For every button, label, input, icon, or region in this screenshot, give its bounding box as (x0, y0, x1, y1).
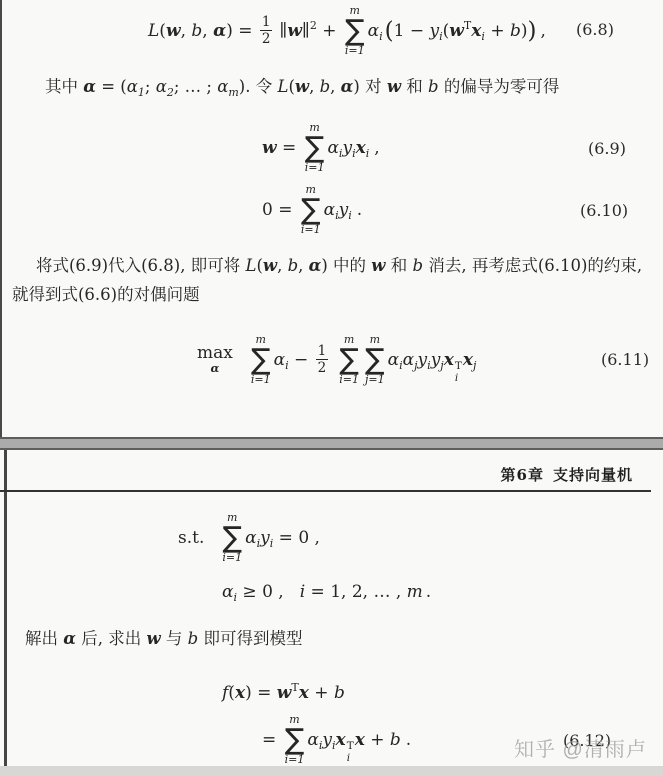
math-token-cn: 令 (256, 77, 278, 96)
math-token-sup: 2 (310, 18, 317, 31)
math-token-txt: = 1, 2, … , (305, 582, 407, 602)
math-token-bi: x (336, 729, 346, 749)
math-token-txt: ( (159, 20, 166, 40)
math-token-cn: 对 (365, 77, 387, 96)
zhihu-watermark: 知乎 @清雨卢 (514, 733, 647, 762)
math-token-cn: 的偏导为零可得 (439, 77, 560, 96)
math-token-txt: , (309, 77, 320, 96)
equation-number-6-11: (6.11) (601, 350, 649, 369)
math-token-cn: 即可得到模型 (198, 629, 302, 648)
summation-symbol: m∑i=1 (339, 334, 359, 387)
math-token-cn: 和 (386, 256, 413, 275)
equation-6-12-line-2: = m∑i=1αiyixTix + b. (262, 711, 411, 769)
math-token-cn: 和 (401, 77, 428, 96)
equation-number-6-8: (6.8) (576, 20, 614, 39)
math-token-txt: = ( (96, 77, 127, 96)
equation-6-9-content: w = m∑i=1αiyixi, (262, 122, 380, 175)
math-token-it: y (260, 527, 270, 547)
math-fraction: 12 (260, 15, 273, 48)
math-token-it: α (324, 199, 335, 219)
math-token-txt: 1 − (394, 20, 430, 40)
equation-6-12-line-1-content: f(x) = wTx + b (222, 681, 345, 703)
math-token-bi: w (166, 20, 181, 40)
math-token-txt: ) = (245, 683, 277, 703)
math-token-txt: + (317, 20, 342, 40)
math-token-cn: 后, 求出 (76, 629, 146, 648)
math-token-cn: 与 (161, 629, 188, 648)
math-token-bi: w (262, 137, 277, 157)
math-token-sub: j (473, 358, 476, 371)
math-token-it: α (222, 582, 233, 602)
math-token-it: α (403, 349, 414, 369)
math-token-txt: ) (321, 256, 333, 275)
math-token-bi: x (471, 20, 481, 40)
math-token-it: b (288, 256, 299, 275)
math-token-txt: = (277, 137, 302, 157)
summation-symbol: m∑i=1 (345, 5, 365, 58)
math-token-it: α (274, 349, 285, 369)
math-token-txt: , (298, 256, 309, 275)
math-token-it: α (156, 77, 167, 96)
math-fraction: 12 (316, 344, 329, 377)
math-token-txt: ; … ; (174, 77, 217, 96)
math-subsup: Ti (347, 741, 354, 764)
math-token-it: α (307, 729, 318, 749)
math-token-txt: , (541, 20, 546, 40)
math-token-txt: + (309, 683, 334, 703)
equation-6-12-line-2-content: = m∑i=1αiyixTix + b. (262, 714, 411, 767)
constraint-line-2-content: αi ≥ 0 ,i = 1, 2, … , m. (222, 582, 431, 604)
math-token-txt: . (406, 729, 411, 749)
math-token-cn: 中的 (333, 256, 371, 275)
chapter-title: 支持向量机 (553, 466, 633, 484)
math-token-it: b (390, 729, 401, 749)
math-token-txt: ) (353, 77, 365, 96)
math-token-bi: w (287, 20, 302, 40)
math-token-bi: x (463, 349, 473, 369)
scanned-textbook-screenshot: { "colors": { "paper": "#f9f9f7", "text"… (0, 0, 663, 776)
summation-symbol: m∑i=1 (285, 714, 305, 767)
math-token-it: b (510, 20, 521, 40)
equation-6-8-content: L(w, b, α) = 12∥w∥2 + m∑i=1αi(1 − yi(wTx… (148, 5, 546, 58)
math-token-it: y (431, 349, 441, 369)
math-token-bi: x (356, 137, 366, 157)
math-token-bi: α (309, 256, 322, 275)
math-token-it: b (191, 20, 202, 40)
paragraph-solve-model: 解出 α 后, 求出 w 与 b 即可得到模型 (25, 624, 585, 653)
math-token-big: ( (385, 17, 394, 43)
math-token-bi: w (277, 683, 292, 703)
constraint-line-2: αi ≥ 0 ,i = 1, 2, … , m. (222, 580, 431, 606)
summation-symbol: m∑i=1 (305, 122, 325, 175)
math-token-sub: i (366, 146, 370, 159)
paragraph-dual-problem: 将式(6.9)代入(6.8), 即可将 L(w, b, α) 中的 w 和 b … (12, 251, 662, 309)
math-token-bi: x (444, 349, 454, 369)
math-token-it: y (430, 20, 440, 40)
constraint-line-1: s.t.m∑i=1αiyi = 0 , (178, 508, 320, 568)
math-token-it: L (245, 256, 256, 275)
math-token-bi: w (371, 256, 385, 275)
summation-symbol: m∑i=1 (251, 334, 271, 387)
math-token-it: b (428, 77, 439, 96)
math-token-txt: ≥ 0 , (237, 582, 284, 602)
page-separator-band (0, 437, 663, 450)
math-token-sub: m (228, 86, 238, 99)
math-token-bi: α (213, 20, 226, 40)
chapter-number: 第6章 (501, 466, 544, 484)
math-token-bi: w (263, 256, 277, 275)
equation-6-10-content: 0 = m∑i=1αiyi. (262, 184, 362, 237)
summation-symbol: m∑j=1 (365, 334, 385, 387)
math-token-it: b (413, 256, 424, 275)
math-token-cn: 解出 (25, 629, 63, 648)
equation-6-10: 0 = m∑i=1αiyi. (262, 181, 362, 239)
math-token-bi: w (295, 77, 309, 96)
math-token-it: y (342, 137, 352, 157)
math-token-txt: ( (228, 683, 235, 703)
math-token-txt: ∥ (302, 20, 310, 40)
math-token-sub: 2 (167, 86, 174, 99)
math-token-txt: , (181, 20, 192, 40)
equation-number-6-9: (6.9) (588, 139, 626, 158)
math-token-bi: x (355, 729, 365, 749)
math-token-txt: , (374, 137, 379, 157)
chapter-header: 第6章支持向量机 (501, 464, 633, 485)
page-left-edge-line-bottom (4, 450, 7, 776)
math-token-it: b (334, 683, 345, 703)
equation-6-8: L(w, b, α) = 12∥w∥2 + m∑i=1αi(1 − yi(wTx… (148, 2, 546, 60)
math-token-txt: , (330, 77, 341, 96)
math-token-it: α (245, 527, 256, 547)
math-token-it: α (388, 349, 399, 369)
math-token-txt: . (426, 582, 431, 602)
max-operator: maxα (197, 344, 233, 376)
math-token-txt: ) (521, 20, 528, 40)
math-token-txt: = (262, 729, 282, 749)
math-token-sub: 1 (138, 86, 145, 99)
math-token-txt: , (202, 20, 213, 40)
math-token-it: α (127, 77, 138, 96)
math-token-it: α (217, 77, 228, 96)
math-token-txt: + (485, 20, 510, 40)
equation-6-11: maxαm∑i=1αi − 12m∑i=1m∑j=1αiαjyiyjxTixj (197, 328, 476, 392)
math-token-bi: x (235, 683, 245, 703)
header-rule (0, 490, 651, 492)
math-token-it: m (407, 582, 423, 602)
math-token-it: L (277, 77, 288, 96)
math-token-txt: ). (239, 77, 256, 96)
math-token-bi: w (387, 77, 401, 96)
math-token-bi: α (63, 629, 76, 648)
math-token-txt: ) = (226, 20, 258, 40)
math-token-bi: w (449, 20, 464, 40)
bottom-edge-strip (0, 766, 663, 776)
math-token-sup: T (291, 681, 298, 694)
math-token-cn: 其中 (45, 77, 83, 96)
math-token-it: y (339, 199, 349, 219)
math-token-txt: , (277, 256, 288, 275)
math-subsup: Ti (455, 361, 462, 384)
page-left-edge-line-top (0, 0, 2, 437)
constraint-line-1-content: s.t.m∑i=1αiyi = 0 , (178, 512, 320, 565)
math-token-txt: ; (145, 77, 156, 96)
equation-number-6-10: (6.10) (580, 201, 628, 220)
math-token-sub: i (348, 208, 352, 221)
math-token-bi: w (146, 629, 160, 648)
math-token-txt: 0 = (262, 199, 298, 219)
math-token-txt: s.t. (178, 527, 204, 547)
math-token-bi: α (83, 77, 96, 96)
math-token-it: b (188, 629, 199, 648)
math-token-txt: − (289, 349, 314, 369)
equation-6-11-content: maxαm∑i=1αi − 12m∑i=1m∑j=1αiαjyiyjxTixj (197, 334, 476, 387)
math-token-txt: = 0 , (273, 527, 320, 547)
math-token-it: α (368, 20, 379, 40)
math-token-big: ) (528, 17, 537, 43)
summation-symbol: m∑i=1 (222, 512, 242, 565)
math-token-txt: + (365, 729, 390, 749)
math-token-it: b (320, 77, 331, 96)
math-token-txt: . (357, 199, 362, 219)
equation-6-12-line-1: f(x) = wTx + b (222, 678, 345, 706)
math-token-it: L (148, 20, 159, 40)
math-token-sub: i (379, 29, 383, 42)
math-token-it: y (418, 349, 428, 369)
paragraph-partial-derivative: 其中 α = (α1; α2; … ; αm). 令 L(w, b, α) 对 … (45, 72, 655, 107)
math-token-bi: α (341, 77, 354, 96)
math-token-cn: 将式(6.9)代入(6.8), 即可将 (36, 256, 245, 275)
math-token-bi: x (299, 683, 309, 703)
equation-6-9: w = m∑i=1αiyixi, (262, 119, 380, 177)
math-token-it: y (322, 729, 332, 749)
math-token-it: α (327, 137, 338, 157)
summation-symbol: m∑i=1 (301, 184, 321, 237)
